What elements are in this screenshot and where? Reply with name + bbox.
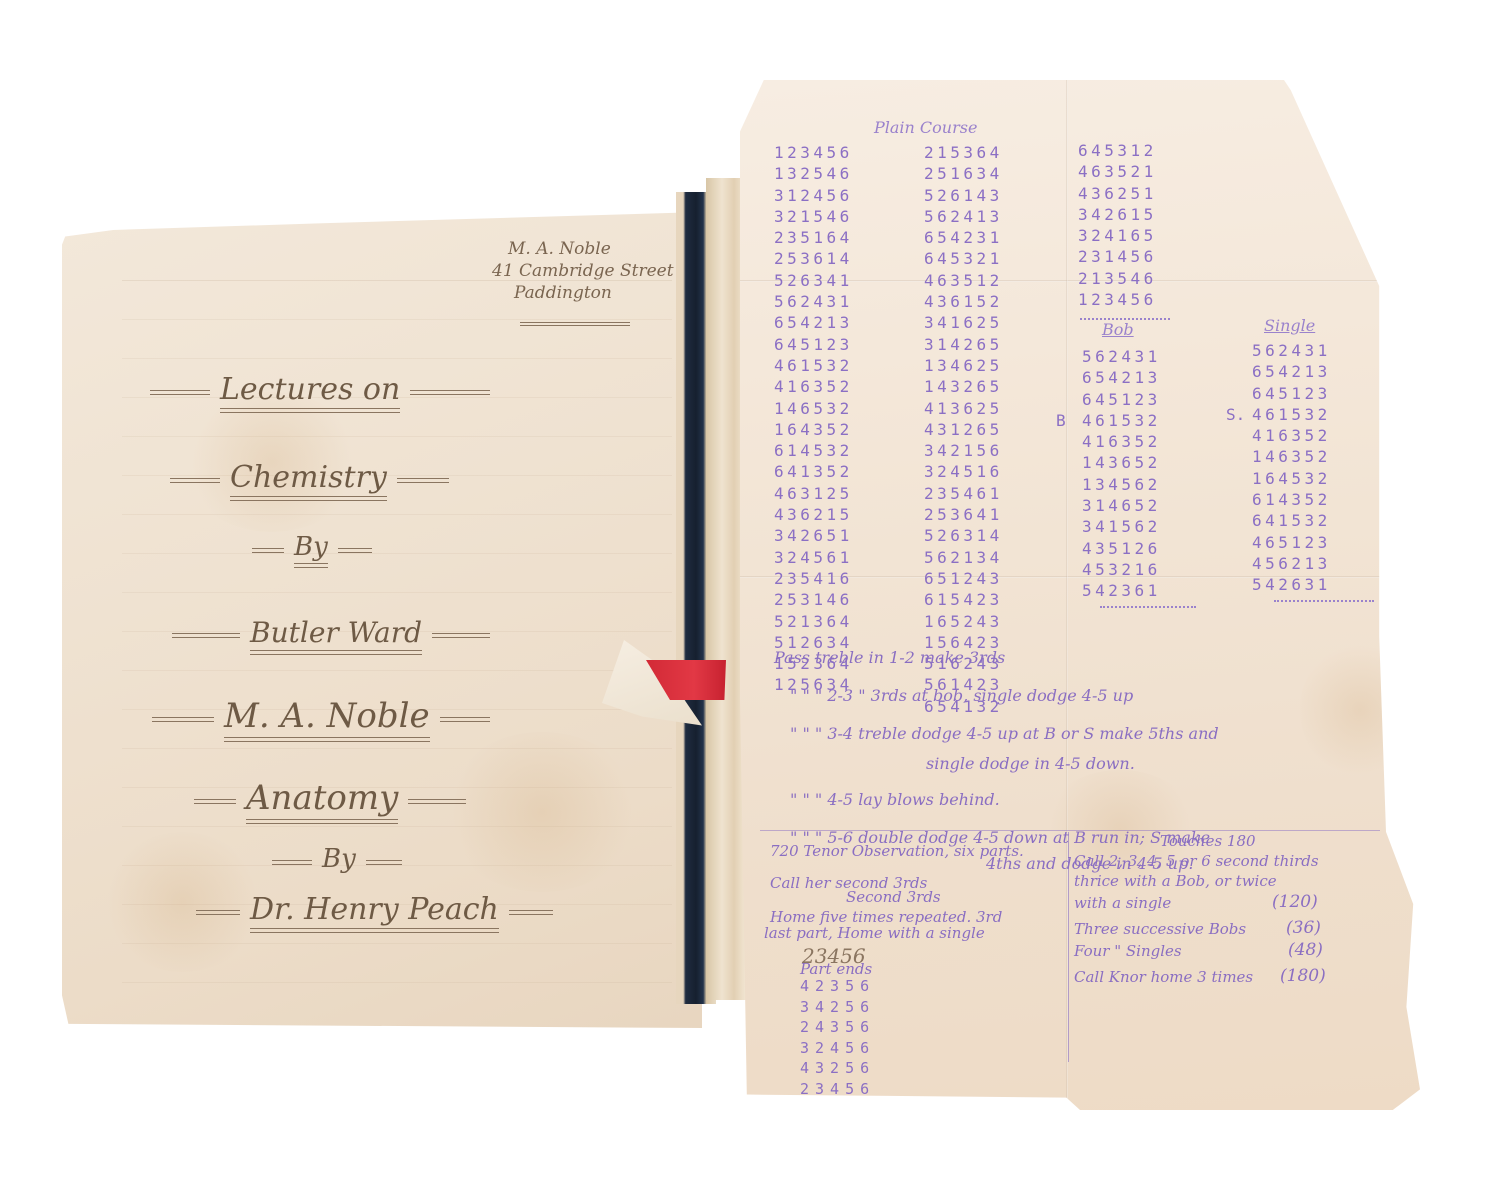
notebook-title-page: M. A. Noble 41 Cambridge Street Paddingt…	[62, 212, 702, 1028]
single-marker: S.	[1226, 404, 1252, 425]
rule-dash	[397, 478, 449, 483]
change-row: 542361	[1082, 580, 1161, 601]
change-row-text: 461532	[1252, 405, 1331, 424]
peal-line: last part, Home with a single	[764, 924, 985, 942]
rule-dash	[509, 910, 553, 915]
title-line-anatomy: Anatomy	[194, 778, 466, 824]
change-row-text: 461532	[1082, 411, 1161, 430]
owner-address: M. A. Noble 41 Cambridge Street Paddingt…	[492, 238, 692, 304]
rule-dash	[338, 548, 372, 553]
change-row-marked: B461532	[1082, 410, 1161, 431]
title-line-owner: M. A. Noble	[152, 696, 490, 742]
change-row: 436251	[1078, 183, 1157, 204]
bob-underline	[1100, 604, 1196, 608]
rule-dash	[150, 390, 210, 395]
change-row: 143652	[1082, 452, 1161, 473]
change-row: 235164	[774, 227, 853, 248]
title-line-by-2: By	[272, 844, 402, 880]
change-row: 123456	[774, 142, 853, 163]
owner-street: 41 Cambridge Street	[492, 260, 692, 282]
part-end-row: 24356	[800, 1017, 875, 1038]
change-row: 645321	[924, 248, 1003, 269]
change-row: 314265	[924, 334, 1003, 355]
title-line-chemistry: Chemistry	[170, 460, 449, 501]
title-text: Lectures on	[220, 372, 400, 413]
change-row: 235461	[924, 483, 1003, 504]
touch-count: (48)	[1288, 940, 1323, 960]
peal-line: Second 3rds	[846, 888, 941, 906]
rule-dash	[170, 478, 220, 483]
part-ends-underline	[800, 1098, 896, 1102]
rule-dash	[252, 548, 284, 553]
title-line-author-1: Butler Ward	[172, 616, 490, 655]
address-rule	[520, 322, 630, 326]
part-ends-column: 42356 34256 24356 32456 43256 23456	[800, 976, 875, 1099]
change-row: 615423	[924, 589, 1003, 610]
change-row: 341562	[1082, 516, 1161, 537]
title-text: By	[294, 532, 328, 568]
part-end-row: 23456	[800, 1079, 875, 1100]
rule-dash	[272, 860, 312, 865]
change-row: 134625	[924, 355, 1003, 376]
change-row: 645312	[1078, 140, 1157, 161]
plain-course-column-3: 645312 463521 436251 342615 324165 23145…	[1078, 140, 1157, 310]
change-row: 435126	[1082, 538, 1161, 559]
part-end-row: 32456	[800, 1038, 875, 1059]
touches-heading: Touches 180	[1160, 832, 1256, 850]
change-row: 614352	[1252, 489, 1331, 510]
title-text: Butler Ward	[250, 616, 422, 655]
photo-stage: M. A. Noble 41 Cambridge Street Paddingt…	[0, 0, 1500, 1194]
bob-heading: Bob	[1102, 320, 1134, 339]
change-row: 253641	[924, 504, 1003, 525]
change-row: 251634	[924, 163, 1003, 184]
title-text: Dr. Henry Peach	[250, 892, 499, 933]
change-row: 431265	[924, 419, 1003, 440]
rule-line: single dodge in 4-5 down.	[926, 754, 1135, 773]
owner-district: Paddington	[492, 282, 692, 304]
change-row: 562431	[1082, 346, 1161, 367]
change-row: 416352	[1082, 431, 1161, 452]
title-line-author-2: Dr. Henry Peach	[196, 892, 553, 933]
bob-marker: B	[1056, 410, 1082, 431]
change-row: 465123	[1252, 532, 1331, 553]
change-row-marked: S.461532	[1252, 404, 1331, 425]
change-row: 321546	[774, 206, 853, 227]
change-row: 164352	[774, 419, 853, 440]
rule-dash	[194, 799, 236, 804]
change-row: 134562	[1082, 474, 1161, 495]
change-row: 253614	[774, 248, 853, 269]
part-end-row: 42356	[800, 976, 875, 997]
rule-line: " " " 3-4 treble dodge 4-5 up at B or S …	[790, 724, 1219, 743]
change-row: 342651	[774, 525, 853, 546]
part-end-row: 43256	[800, 1058, 875, 1079]
change-row: 526314	[924, 525, 1003, 546]
foxing-stain	[442, 732, 642, 892]
change-row: 562134	[924, 547, 1003, 568]
plain-course-column-2: 215364 251634 526143 562413 654231 64532…	[924, 142, 1003, 717]
change-row: 165243	[924, 611, 1003, 632]
change-row: 461532	[774, 355, 853, 376]
rule-dash	[172, 633, 240, 638]
rule-line: Pass treble in 1-2 make 3rds	[774, 648, 1005, 667]
single-underline	[1274, 598, 1374, 602]
touch-count: (120)	[1272, 892, 1318, 912]
change-row: 614532	[774, 440, 853, 461]
change-row: 314652	[1082, 495, 1161, 516]
plain-course-column-1: 123456 132546 312456 321546 235164 25361…	[774, 142, 853, 696]
change-row: 645123	[1252, 383, 1331, 404]
title-text: By	[322, 844, 356, 880]
change-row: 654213	[1082, 367, 1161, 388]
touch-line: Four " Singles	[1074, 942, 1182, 960]
touch-line: Call 2, 3, 4, 5 or 6 second thirds	[1074, 852, 1319, 870]
change-row: 416352	[774, 376, 853, 397]
peal-line: 720 Tenor Observation, six parts.	[770, 842, 1024, 860]
change-row: 562431	[1252, 340, 1331, 361]
change-row: 253146	[774, 589, 853, 610]
change-row: 235416	[774, 568, 853, 589]
change-row: 463521	[1078, 161, 1157, 182]
change-row: 324561	[774, 547, 853, 568]
change-row: 146352	[1252, 446, 1331, 467]
title-text: M. A. Noble	[224, 696, 430, 742]
change-row: 521364	[774, 611, 853, 632]
change-row: 654231	[924, 227, 1003, 248]
rule-dash	[432, 633, 490, 638]
touch-line: Three successive Bobs	[1074, 920, 1246, 938]
change-row: 231456	[1078, 246, 1157, 267]
change-row: 416352	[1252, 425, 1331, 446]
change-row: 562431	[774, 291, 853, 312]
change-row: 342156	[924, 440, 1003, 461]
touch-line: thrice with a Bob, or twice	[1074, 872, 1277, 890]
rule-dash	[408, 799, 466, 804]
change-row: 436215	[774, 504, 853, 525]
change-row: 651243	[924, 568, 1003, 589]
title-line-lectures: Lectures on	[150, 372, 490, 413]
change-row: 215364	[924, 142, 1003, 163]
plain-course-heading: Plain Course	[874, 118, 977, 137]
change-row: 324165	[1078, 225, 1157, 246]
owner-name: M. A. Noble	[492, 238, 692, 260]
title-text: Anatomy	[246, 778, 398, 824]
touch-line: Call Knor home 3 times	[1074, 968, 1253, 986]
change-row: 526341	[774, 270, 853, 291]
change-row: 542631	[1252, 574, 1331, 595]
change-row: 654213	[1252, 361, 1331, 382]
change-row: 526143	[924, 185, 1003, 206]
rule-dash	[410, 390, 490, 395]
change-row: 164532	[1252, 468, 1331, 489]
change-row: 143265	[924, 376, 1003, 397]
touch-count: (36)	[1286, 918, 1321, 938]
change-row: 463512	[924, 270, 1003, 291]
change-row: 654213	[774, 312, 853, 333]
section-divider-vertical	[1068, 832, 1069, 1062]
change-row: 312456	[774, 185, 853, 206]
foxing-stain	[1300, 640, 1420, 780]
change-row: 645123	[1082, 389, 1161, 410]
title-text: Chemistry	[230, 460, 387, 501]
title-line-by: By	[252, 532, 372, 568]
rule-dash	[152, 717, 214, 722]
rule-line: " " " 4-5 lay blows behind.	[790, 790, 1000, 809]
change-row: 641532	[1252, 510, 1331, 531]
touch-count: (180)	[1280, 966, 1326, 986]
section-divider	[760, 830, 1380, 831]
change-row: 645123	[774, 334, 853, 355]
rule-dash	[196, 910, 240, 915]
change-row: 123456	[1078, 289, 1157, 310]
change-row: 453216	[1082, 559, 1161, 580]
single-column: 562431 654213 645123 S.461532 416352 146…	[1252, 340, 1331, 596]
change-row: 456213	[1252, 553, 1331, 574]
part-end-row: 34256	[800, 997, 875, 1018]
rule-line: " " " 2-3 " 3rds at bob, single dodge 4-…	[790, 686, 1133, 705]
bell-ringing-sheet: Plain Course 123456 132546 312456 321546…	[740, 80, 1420, 1110]
touch-line: with a single	[1074, 894, 1171, 912]
single-heading: Single	[1264, 316, 1315, 335]
change-row: 324516	[924, 461, 1003, 482]
change-row: 436152	[924, 291, 1003, 312]
change-row: 132546	[774, 163, 853, 184]
change-row: 562413	[924, 206, 1003, 227]
rule-dash	[440, 717, 490, 722]
rule-dash	[366, 860, 402, 865]
change-row: 413625	[924, 398, 1003, 419]
change-row: 342615	[1078, 204, 1157, 225]
change-row: 213546	[1078, 268, 1157, 289]
bob-column: 562431 654213 645123 B461532 416352 1436…	[1082, 346, 1161, 602]
change-row: 463125	[774, 483, 853, 504]
change-row: 146532	[774, 398, 853, 419]
change-row: 641352	[774, 461, 853, 482]
change-row: 341625	[924, 312, 1003, 333]
